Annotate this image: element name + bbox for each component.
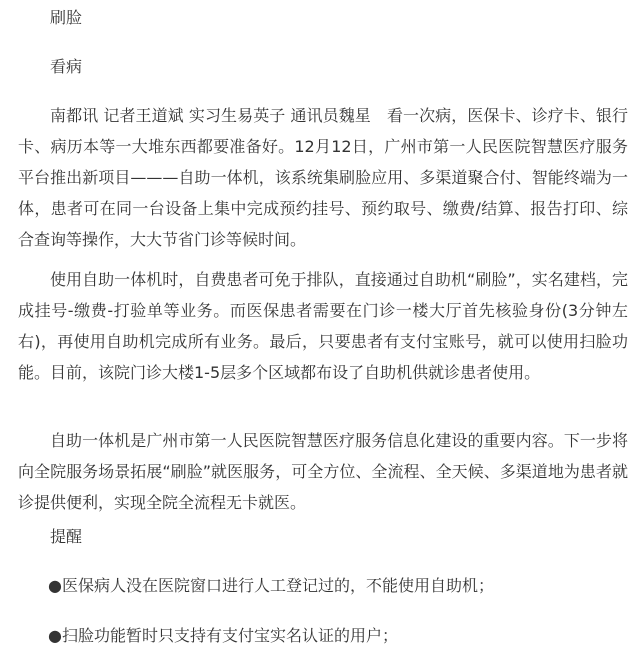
reminder-title: 提醒	[50, 521, 82, 552]
subhead-face-scan: 刷脸	[50, 2, 82, 33]
paragraph-usage: 使用自助一体机时，自费患者可免于排队，直接通过自助机“刷脸”，实名建档，完成挂号…	[18, 264, 628, 388]
paragraph-intro: 南都讯 记者王道斌 实习生易英子 通讯员魏星 看一次病，医保卡、诊疗卡、银行卡、…	[18, 100, 628, 255]
paragraph-1-container: 南都讯 记者王道斌 实习生易英子 通讯员魏星 看一次病，医保卡、诊疗卡、银行卡、…	[18, 100, 628, 255]
paragraph-3-container: 自助一体机是广州市第一人民医院智慧医疗服务信息化建设的重要内容。下一步将向全院服…	[18, 425, 628, 518]
paragraph-2-container: 使用自助一体机时，自费患者可免于排队，直接通过自助机“刷脸”，实名建档，完成挂号…	[18, 264, 628, 388]
subhead-see-doctor: 看病	[50, 51, 82, 82]
reminder-item: ●医保病人没在医院窗口进行人工登记过的，不能使用自助机；	[48, 570, 494, 601]
reminder-item: ●扫脸功能暂时只支持有支付宝实名认证的用户；	[48, 620, 398, 651]
paragraph-next-step: 自助一体机是广州市第一人民医院智慧医疗服务信息化建设的重要内容。下一步将向全院服…	[18, 425, 628, 518]
